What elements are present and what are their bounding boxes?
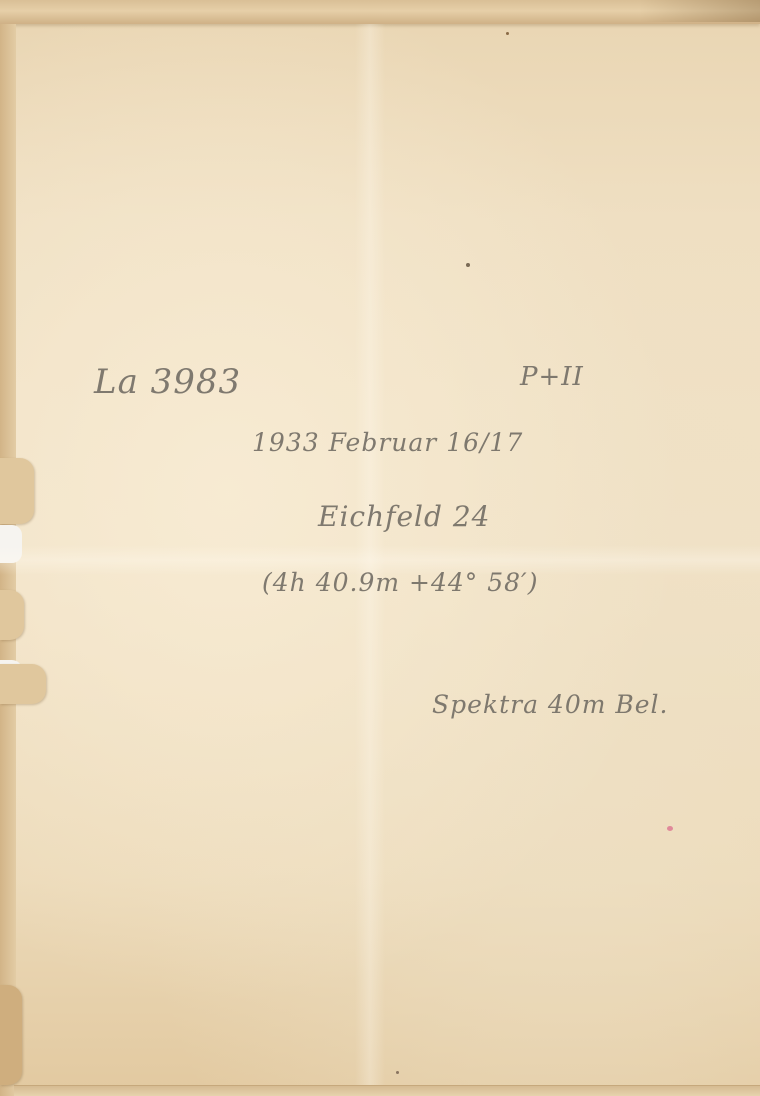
catalog-id: La 3983 xyxy=(94,362,241,402)
speck xyxy=(466,263,470,267)
torn-edge xyxy=(0,458,34,524)
torn-edge xyxy=(0,985,22,1085)
bottom-fold xyxy=(14,1085,760,1096)
coordinates: (4h 40.9m +44° 58′) xyxy=(262,568,538,597)
exposure-note: Spektra 40m Bel. xyxy=(432,690,669,719)
torn-edge xyxy=(0,664,46,704)
vertical-fold xyxy=(355,24,385,1086)
object-name: Eichfeld 24 xyxy=(318,500,490,533)
top-fold xyxy=(0,0,760,24)
speck xyxy=(396,1071,399,1074)
envelope-sheet: La 3983 P+II 1933 Februar 16/17 Eichfeld… xyxy=(0,0,760,1096)
torn-edge xyxy=(0,590,24,640)
speck xyxy=(506,32,509,35)
red-speck xyxy=(667,826,673,831)
observation-date: 1933 Februar 16/17 xyxy=(252,428,523,457)
plate-mark: P+II xyxy=(520,362,584,392)
